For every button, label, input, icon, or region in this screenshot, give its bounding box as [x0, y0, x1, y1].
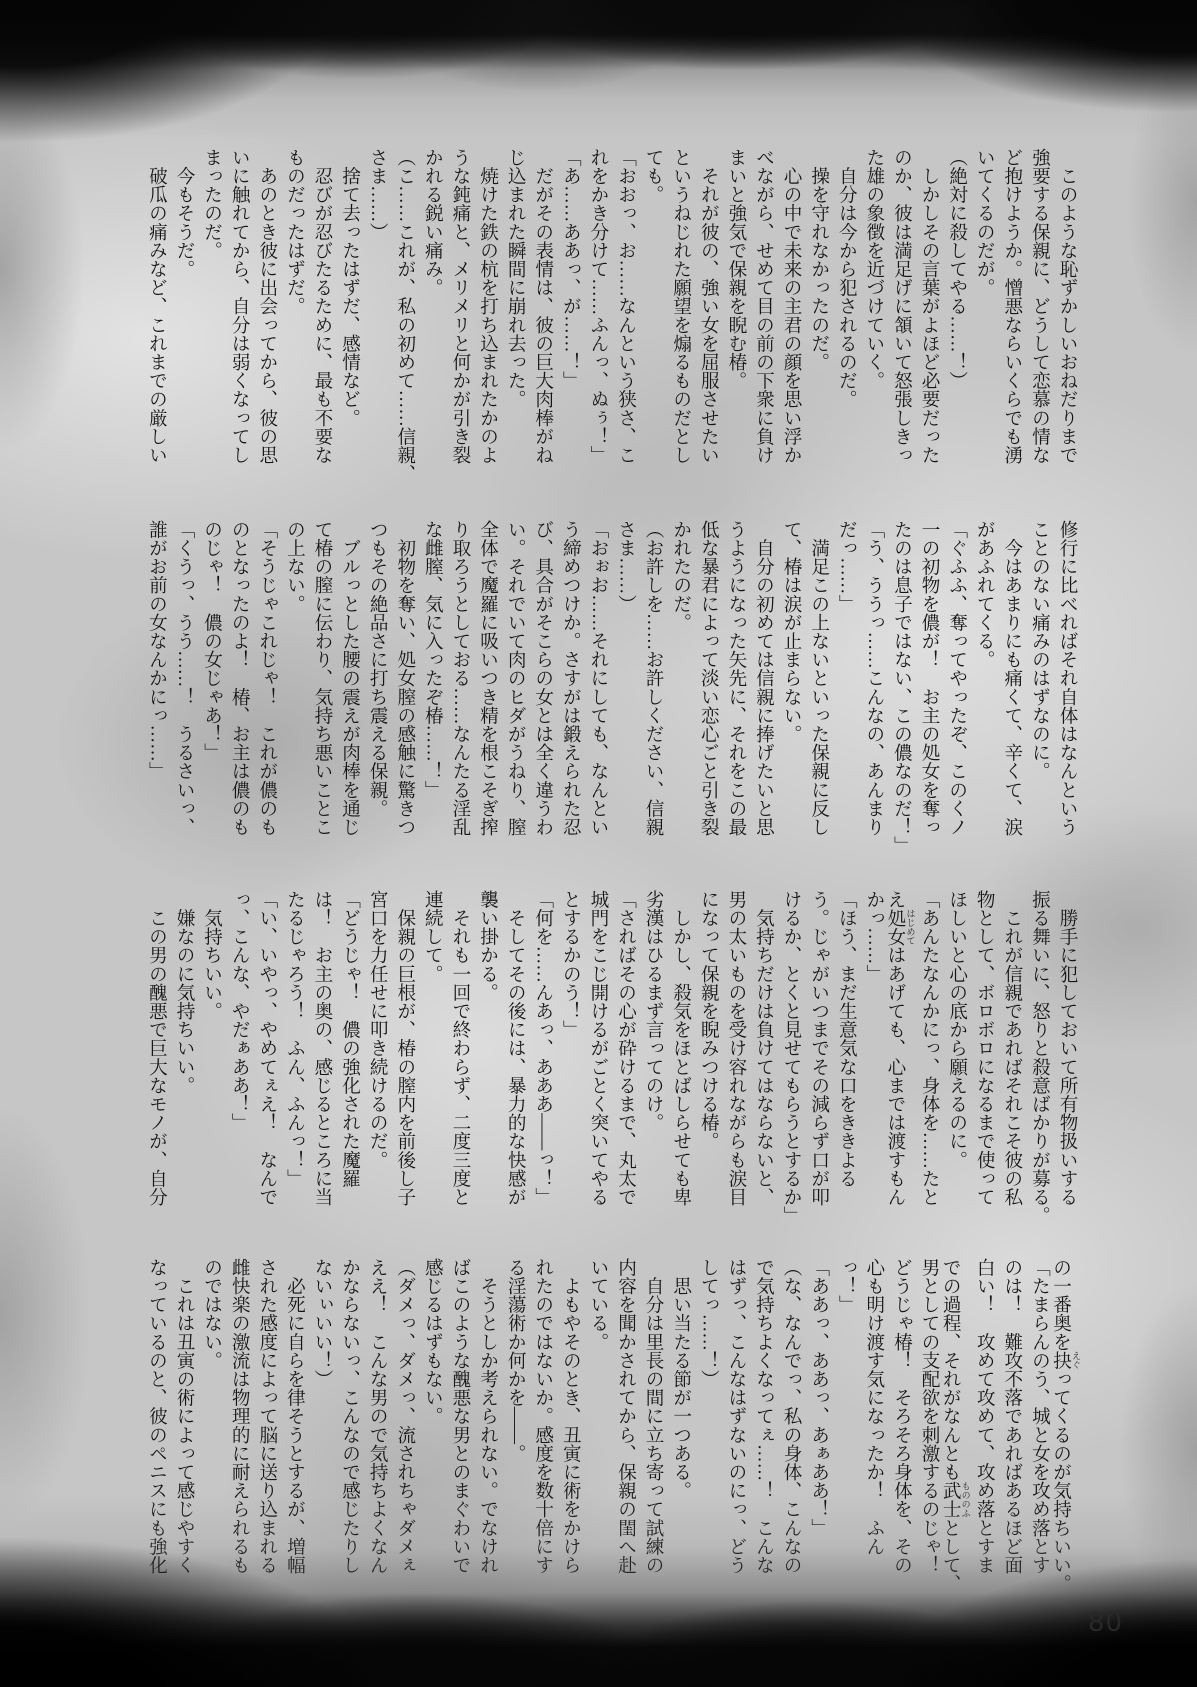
text-column: ええ！ こんな男ので気持ちよくなん	[364, 1258, 392, 1604]
text-column: された感度によって脳に送り込まれる	[253, 1258, 281, 1604]
text-column: 今はあまりにも痛くて、辛くて、涙	[998, 520, 1026, 866]
text-column: れたのではないか。感度を数十倍にす	[529, 1258, 557, 1604]
text-column: 「ほう、まだ生意気な口をききよる	[833, 890, 861, 1236]
text-column: 振る舞いに、怒りと殺意ばかりが募る。	[1026, 890, 1054, 1236]
text-column: っ！」	[833, 1258, 861, 1604]
text-column: 劣漢はひるまず言ってのけ。	[640, 890, 668, 1236]
text-column: う。じゃがいつまでその減らず口が叩	[805, 890, 833, 1236]
text-column: どうじゃ椿！ そろそろ身体を、その	[888, 1258, 916, 1604]
text-column: かならないっ、こんなので感じたりし	[336, 1258, 364, 1604]
text-column: そうとしか考えられない。でなけれ	[474, 1258, 502, 1604]
text-band-1: このような恥ずかしいおねだりまで強要する保親に、どうして恋慕の情など抱けようか。…	[143, 148, 1081, 494]
text-column: けるか、とくと見せてもらうとするか」	[777, 890, 805, 1236]
text-column: してっ……！）	[695, 1258, 723, 1604]
text-column: 修行に比べればそれ自体はなんという	[1053, 520, 1081, 866]
text-column: ばこのような醜悪な男とのまぐわいで	[446, 1258, 474, 1604]
text-column: いてくるのだが。	[971, 148, 999, 494]
text-column: 初物を奪い、処女膣の感触に驚きつ	[391, 520, 419, 866]
text-column: （絶対に殺してやる……！）	[943, 148, 971, 494]
text-column: 城門をこじ開けるがごとく突いてやる	[584, 890, 612, 1236]
text-column: る淫蕩術か何かを――。	[502, 1258, 530, 1604]
text-column: 心の中で未来の主君の顔を思い浮か	[777, 148, 805, 494]
text-column: れをかき分けて……ふんっ、ぬぅ！」	[584, 148, 612, 494]
text-column: 心も明け渡す気になったか！ ふん	[860, 1258, 888, 1604]
text-column: まったのだ。	[198, 148, 226, 494]
text-column: のは！ 難攻不落であればあるほど面	[998, 1258, 1026, 1604]
page-number: 80	[1088, 1608, 1123, 1638]
text-column: じ込まれた瞬間に崩れ去った。	[502, 148, 530, 494]
text-column: これが信親であればそれこそ彼の私	[998, 890, 1026, 1236]
text-column: 嫌なのに気持ちいい。	[170, 890, 198, 1236]
text-column: さま……）	[612, 520, 640, 866]
text-column: 連続して。	[419, 890, 447, 1236]
text-column: 操を守れなかったのだ。	[805, 148, 833, 494]
text-column: 必死に自らを律そうとするが、増幅	[281, 1258, 309, 1604]
text-column: のか、彼は満足げに頷いて怒張しきっ	[888, 148, 916, 494]
book-page: このような恥ずかしいおねだりまで強要する保親に、どうして恋慕の情など抱けようか。…	[0, 0, 1197, 1687]
text-column: はずっ、こんなはずないのにっ、どう	[722, 1258, 750, 1604]
text-column: そしてその後には、暴力的な快感が	[502, 890, 530, 1236]
text-column: かれる鋭い痛み。	[419, 148, 447, 494]
text-column: のじゃ！ 儂の女じゃあ！」	[198, 520, 226, 866]
text-column: 気持ちだけは負けてはならないと、	[750, 890, 778, 1236]
text-column: 満足この上ないといった保親に反し	[805, 520, 833, 866]
text-column: び、具合がそこらの女とは全く違うわ	[529, 520, 557, 866]
text-column: になって保親を睨みつける椿。	[695, 890, 723, 1236]
text-column: あのとき彼に出会ってから、彼の思	[253, 148, 281, 494]
text-column: っ、こんな、やだぁああ！」	[226, 890, 254, 1236]
text-column: まいと強気で保親を睨む椿。	[722, 148, 750, 494]
text-column: ことのない痛みのはずなのに。	[1026, 520, 1054, 866]
text-column: 襲い掛かる。	[474, 890, 502, 1236]
text-column: うようになった矢先に、それをこの最	[722, 520, 750, 866]
text-column: 今もそうだ。	[170, 148, 198, 494]
text-column: う締めつけか。さすがは鍛えられた忍	[557, 520, 585, 866]
text-column: いに触れてから、自分は弱くなってし	[226, 148, 254, 494]
text-column: ても。	[640, 148, 668, 494]
text-column: いている。	[584, 1258, 612, 1604]
text-column: 「う、ううっ……こんなの、あんまり	[860, 520, 888, 866]
text-column: （な、なんでっ、私の身体、こんなの	[777, 1258, 805, 1604]
text-column: 「おおっ、お……なんという狭さ、こ	[612, 148, 640, 494]
text-column: て、椿は涙が止まらない。	[777, 520, 805, 866]
text-column: 一の初物を儂が！ お主の処女を奪っ	[915, 520, 943, 866]
text-column: これは丑寅の術によって感じやすく	[170, 1258, 198, 1604]
text-column: 「何を……んあっ、あああ――っ！」	[529, 890, 557, 1236]
text-column: たのは息子ではない、この儂なのだ！」	[888, 520, 916, 866]
text-column: 自分は今から犯されるのだ。	[833, 148, 861, 494]
text-column: 破瓜の痛みなど、これまでの厳しい	[143, 148, 171, 494]
text-column: このような恥ずかしいおねだりまで	[1053, 148, 1081, 494]
text-column: え処女はじめてはあげても、心までは渡すもん	[888, 890, 916, 1236]
top-border-texture	[0, 0, 1197, 150]
text-column: だがその表情は、彼の巨大肉棒がね	[529, 148, 557, 494]
text-column: は！ お主の奥の、感じるところに当	[308, 890, 336, 1236]
text-column: 自分の初めては信親に捧げたいと思	[750, 520, 778, 866]
text-column: ブルっとした腰の震えが肉棒を通じ	[336, 520, 364, 866]
text-column: 「あ……ああっ、が……！」	[557, 148, 585, 494]
text-column: 思い当たる節が一つある。	[667, 1258, 695, 1604]
text-column: なっているのと、彼のペニスにも強化	[143, 1258, 171, 1604]
text-column: それも一回で終わらず、二度三度と	[446, 890, 474, 1236]
text-column: て椿の膣に伝わり、気持ち悪いことこ	[308, 520, 336, 866]
text-column: だっ……」	[833, 520, 861, 866]
text-column: の一番奥を抉えぐってくるのが気持ちいい。	[1053, 1258, 1081, 1604]
text-column: 「ぐふふ、奪ってやったぞ、このくノ	[943, 520, 971, 866]
text-column: 保親の巨根が、椿の膣内を前後し子	[391, 890, 419, 1236]
text-column: 捨て去ったはずだ、感情など。	[336, 148, 364, 494]
text-column: （ダメっ、ダメっ、流されちゃダメぇ	[391, 1258, 419, 1604]
text-column: よもやそのとき、丑寅に術をかけら	[557, 1258, 585, 1604]
text-column: 全体で魔羅に吸いつき精を根こそぎ搾	[474, 520, 502, 866]
text-column: たるじゃろう！ ふん、ふんっ！」	[281, 890, 309, 1236]
text-band-4: の一番奥を抉えぐってくるのが気持ちいい。「たまらんのう、城と女を攻め落とすのは！…	[143, 1258, 1081, 1604]
text-column: べながら、せめて目の前の下衆に負け	[750, 148, 778, 494]
text-column: 「おぉお……それにしても、なんとい	[584, 520, 612, 866]
text-column: しかしその言葉がよほど必要だった	[915, 148, 943, 494]
text-column: のとなったのよ！ 椿、お主は儂のも	[226, 520, 254, 866]
text-column: ほしいと心の底から願えるのに。	[943, 890, 971, 1236]
text-column: 自分は里長の間に立ち寄って試練の	[640, 1258, 668, 1604]
text-column: 気持ちいい。	[198, 890, 226, 1236]
text-column: それが彼の、強い女を屈服させたい	[695, 148, 723, 494]
text-column: つもその絶品さに打ち震える保親。	[364, 520, 392, 866]
text-column: 「あんたなんかにっ、身体を……たと	[915, 890, 943, 1236]
text-column: 感じるはずもない。	[419, 1258, 447, 1604]
text-column: ど抱けようか。憎悪ならいくらでも湧	[998, 148, 1026, 494]
text-column: 焼けた鉄の杭を打ち込まれたかのよ	[474, 148, 502, 494]
text-column: というねじれた願望を煽るものだとし	[667, 148, 695, 494]
text-column: な雌膣、気に入ったぞ椿……！」	[419, 520, 447, 866]
text-column: 低な暴君によって淡い恋心ごと引き裂	[695, 520, 723, 866]
text-column: のではない。	[198, 1258, 226, 1604]
text-column: かれたのだ。	[667, 520, 695, 866]
text-column: 宮口を力任せに叩き続けるのだ。	[364, 890, 392, 1236]
text-column: うな鈍痛と、メリメリと何かが引き裂	[446, 148, 474, 494]
text-column: しかし、殺気をほとばしらせても卑	[667, 890, 695, 1236]
text-column: い。それでいて肉のヒダがうねり、膣	[502, 520, 530, 866]
text-column: で気持ちよくなってぇ……！ こんな	[750, 1258, 778, 1604]
text-column: 「ああっ、ああっ、あぁああ！」	[805, 1258, 833, 1604]
text-column: があふれてくる。	[971, 520, 999, 866]
text-column: 「たまらんのう、城と女を攻め落とす	[1026, 1258, 1054, 1604]
text-column: （お許しを……お許しください、信親	[640, 520, 668, 866]
text-column: 雌快楽の激流は物理的に耐えられるも	[226, 1258, 254, 1604]
text-column: での過程、それがなんとも武士もののふとして、	[943, 1258, 971, 1604]
text-column: 「くうっ、うう……！ うるさいっ、	[170, 520, 198, 866]
text-column: 「どうじゃ！ 儂の強化された魔羅	[336, 890, 364, 1236]
text-column: この男の醜悪で巨大なモノが、自分	[143, 890, 171, 1236]
text-column: 男としての支配欲を刺激するのじゃ！	[915, 1258, 943, 1604]
text-column: さま……）	[364, 148, 392, 494]
text-column: 強要する保親に、どうして恋慕の情な	[1026, 148, 1054, 494]
text-column: ないぃいい！）	[308, 1258, 336, 1604]
text-column: 物として、ボロボロになるまで使って	[971, 890, 999, 1236]
text-column: 勝手に犯しておいて所有物扱いする	[1053, 890, 1081, 1236]
text-column: た雄の象徴を近づけていく。	[860, 148, 888, 494]
text-column: （こ……これが、私の初めて……信親、	[391, 148, 419, 494]
text-column: 忍びが忍びたるために、最も不要な	[308, 148, 336, 494]
text-column: 「い、いやっ、やめてぇえ！ なんで	[253, 890, 281, 1236]
text-column: とするかのう！」	[557, 890, 585, 1236]
text-column: 「そうじゃこれじゃ！ これが儂のも	[253, 520, 281, 866]
text-column: の上ない。	[281, 520, 309, 866]
text-column: 内容を聞かされてから、保親の閨へ赴	[612, 1258, 640, 1604]
text-column: り取ろうとしておる……なんたる淫乱	[446, 520, 474, 866]
text-column: ものだったはずだ。	[281, 148, 309, 494]
text-column: 男の太いものを受け容れながらも涙目	[722, 890, 750, 1236]
text-band-2: 修行に比べればそれ自体はなんということのない痛みのはずなのに。 今はあまりにも痛…	[143, 520, 1081, 866]
text-column: 誰がお前の女なんかにっ……」	[143, 520, 171, 866]
text-column: 白い！ 攻めて攻めて、攻め落とすま	[971, 1258, 999, 1604]
text-band-3: 勝手に犯しておいて所有物扱いする振る舞いに、怒りと殺意ばかりが募る。 これが信親…	[143, 890, 1081, 1236]
text-column: 「さればその心が砕けるまで、丸太で	[612, 890, 640, 1236]
